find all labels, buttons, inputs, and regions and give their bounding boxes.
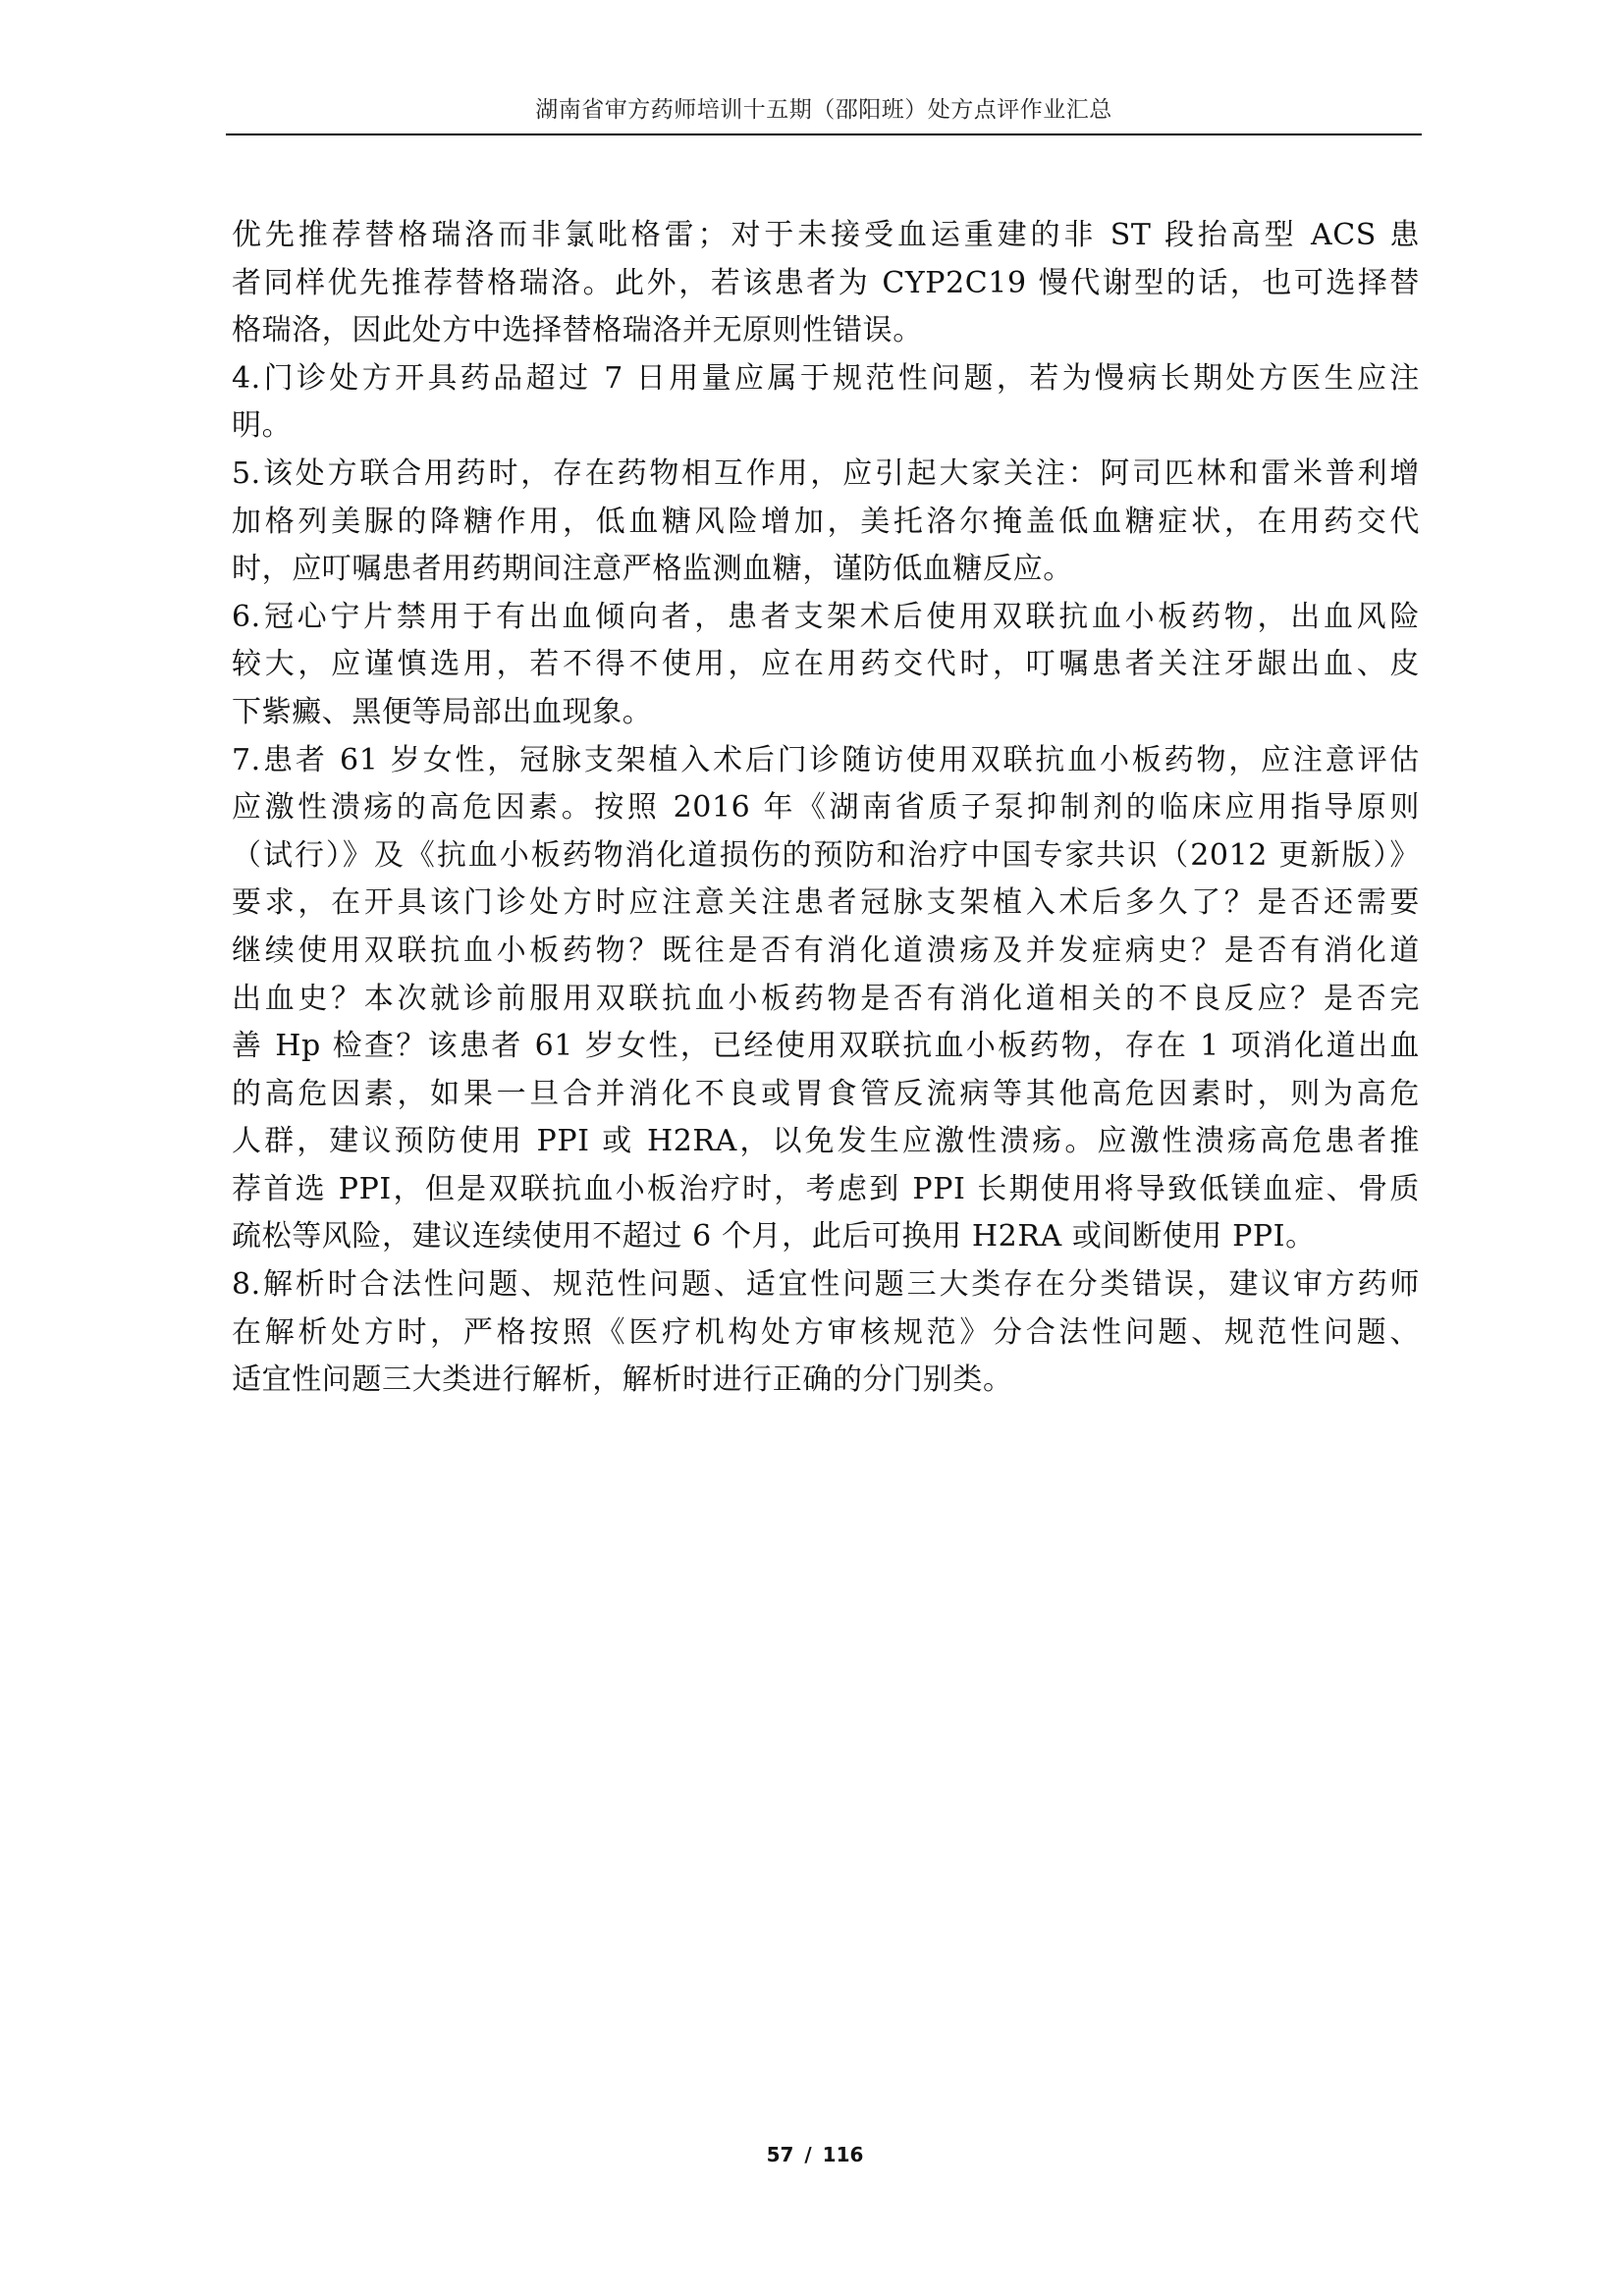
text-line: （试行）》及《抗血小板药物消化道损伤的预防和治疗中国专家共识（2012 更新版）… (232, 832, 1420, 881)
document-body: 优先推荐替格瑞洛而非氯吡格雷；对于未接受血运重建的非 ST 段抬高型 ACS 患… (232, 212, 1420, 1405)
text-line: 较大，应谨慎选用，若不得不使用，应在用药交代时，叮嘱患者关注牙龈出血、皮 (232, 641, 1420, 689)
text-line: 的高危因素，如果一旦合并消化不良或胃食管反流病等其他高危因素时，则为高危 (232, 1071, 1420, 1119)
page-number: 57 / 116 (687, 2140, 943, 2169)
header-divider (226, 133, 1422, 135)
text-line: 在解析处方时，严格按照《医疗机构处方审核规范》分合法性问题、规范性问题、 (232, 1309, 1420, 1358)
text-line: 6.冠心宁片禁用于有出血倾向者，患者支架术后使用双联抗血小板药物，出血风险 (232, 594, 1420, 642)
text-line: 应激性溃疡的高危因素。按照 2016 年《湖南省质子泵抑制剂的临床应用指导原则 (232, 784, 1420, 832)
text-line: 加格列美脲的降糖作用，低血糖风险增加，美托洛尔掩盖低血糖症状，在用药交代 (232, 499, 1420, 547)
text-line: 明。 (232, 402, 1420, 451)
text-line: 善 Hp 检查？该患者 61 岁女性，已经使用双联抗血小板药物，存在 1 项消化… (232, 1023, 1420, 1071)
text-line: 5.该处方联合用药时，存在药物相互作用，应引起大家关注：阿司匹林和雷米普利增 (232, 451, 1420, 499)
text-line: 适宜性问题三大类进行解析，解析时进行正确的分门别类。 (232, 1357, 1420, 1405)
text-line: 要求，在开具该门诊处方时应注意关注患者冠脉支架植入术后多久了？是否还需要 (232, 880, 1420, 928)
page-header-title: 湖南省审方药师培训十五期（邵阳班）处方点评作业汇总 (226, 94, 1422, 135)
text-line: 继续使用双联抗血小板药物？既往是否有消化道溃疡及并发症病史？是否有消化道 (232, 928, 1420, 976)
text-line: 优先推荐替格瑞洛而非氯吡格雷；对于未接受血运重建的非 ST 段抬高型 ACS 患 (232, 212, 1420, 260)
page-separator: / (804, 2143, 811, 2166)
text-line: 疏松等风险，建议连续使用不超过 6 个月，此后可换用 H2RA 或间断使用 PP… (232, 1213, 1420, 1261)
text-line: 7.患者 61 岁女性，冠脉支架植入术后门诊随访使用双联抗血小板药物，应注意评估 (232, 737, 1420, 785)
text-line: 荐首选 PPI，但是双联抗血小板治疗时，考虑到 PPI 长期使用将导致低镁血症、… (232, 1166, 1420, 1214)
page-current: 57 (767, 2143, 794, 2166)
text-line: 格瑞洛，因此处方中选择替格瑞洛并无原则性错误。 (232, 307, 1420, 355)
text-line: 下紫癜、黑便等局部出血现象。 (232, 689, 1420, 737)
text-line: 者同样优先推荐替格瑞洛。此外，若该患者为 CYP2C19 慢代谢型的话，也可选择… (232, 260, 1420, 308)
text-line: 人群，建议预防使用 PPI 或 H2RA，以免发生应激性溃疡。应激性溃疡高危患者… (232, 1118, 1420, 1166)
text-line: 8.解析时合法性问题、规范性问题、适宜性问题三大类存在分类错误，建议审方药师 (232, 1261, 1420, 1309)
text-line: 时，应叮嘱患者用药期间注意严格监测血糖，谨防低血糖反应。 (232, 546, 1420, 594)
page-total: 116 (823, 2143, 864, 2166)
text-line: 出血史？本次就诊前服用双联抗血小板药物是否有消化道相关的不良反应？是否完 (232, 976, 1420, 1024)
text-line: 4.门诊处方开具药品超过 7 日用量应属于规范性问题，若为慢病长期处方医生应注 (232, 355, 1420, 403)
